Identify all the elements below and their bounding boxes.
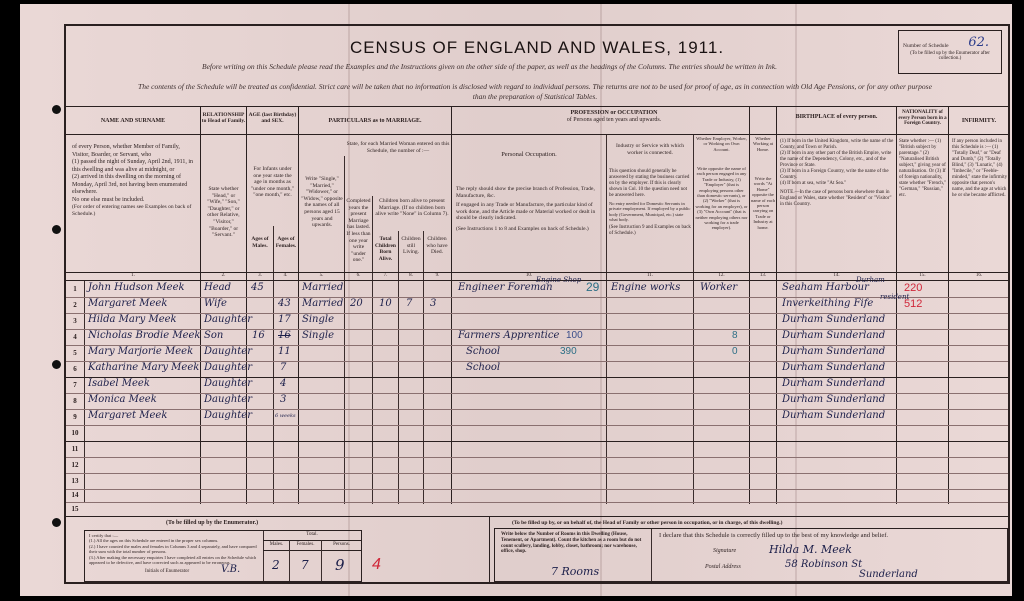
schedule-number: 62. [968, 35, 989, 50]
table-row: 10 [66, 425, 1008, 442]
table-row: 1 John Hudson Meek Head 45 Married Engin… [66, 281, 1008, 298]
instruction-line: Before writing on this Schedule please r… [202, 62, 777, 71]
birthplace-instructions: (1) If born in the United Kingdom, write… [780, 139, 894, 208]
occupation-instructions: The reply should show the precise branch… [456, 186, 602, 233]
table-row: 11 [66, 441, 1008, 458]
rooms-count: 7 Rooms [551, 565, 599, 578]
divider [263, 550, 361, 551]
punch-hole-icon [52, 518, 61, 527]
punch-hole-icon [52, 360, 61, 369]
name-instructions: of every Person, whether Member of Famil… [72, 144, 196, 218]
table-row: 13 [66, 473, 1008, 490]
divider [66, 106, 1008, 107]
table-row: 15 [66, 502, 1008, 517]
schedule-number-box: Number of Schedule 62. (To be filled up … [898, 30, 1002, 74]
header-age: AGE (last Birthday) and SEX. [247, 112, 298, 124]
census-form: CENSUS OF ENGLAND AND WALES, 1911. Befor… [64, 24, 1010, 584]
red-mark: 4 [372, 556, 381, 574]
head-declaration-box: Write below the Number of Rooms in this … [494, 528, 1008, 582]
divider [263, 540, 361, 541]
enumerator-box: I certify that :— (1.) All the ages on t… [84, 530, 362, 582]
punch-hole-icon [52, 105, 61, 114]
divider [66, 516, 1008, 517]
table-row: 7 Isabel Meek Daughter 4 Durham Sunderla… [66, 377, 1008, 394]
table-row: 6 Katharine Mary Meek Daughter 7 School … [66, 361, 1008, 378]
punch-hole-icon [52, 225, 61, 234]
head-heading: (To be filled up by, or on behalf of, th… [512, 520, 782, 526]
table-row: 4 Nicholas Brodie Meek Son 16 16 Single … [66, 329, 1008, 346]
header-birthplace: BIRTHPLACE of every person. [777, 114, 896, 121]
page-title: CENSUS OF ENGLAND AND WALES, 1911. [66, 38, 1008, 58]
header-occupation: PROFESSION or OCCUPATION of Persons aged… [452, 110, 776, 123]
divider [66, 134, 1008, 135]
table-row: 2 Margaret Meek Wife 43 Married 20 10 7 … [66, 297, 1008, 314]
enumerator-heading: (To be filled up by the Enumerator.) [166, 520, 258, 526]
signature: Hilda M. Meek [769, 543, 852, 556]
col-divider [651, 529, 652, 581]
table-row: 3 Hilda Mary Meek Daughter 17 Single Dur… [66, 313, 1008, 330]
household-table: 1 John Hudson Meek Head 45 Married Engin… [66, 281, 1008, 503]
header-infirmity: INFIRMITY. [949, 118, 1009, 125]
total-females: 7 [301, 558, 309, 572]
table-row: 14 [66, 489, 1008, 503]
header-marriage: PARTICULARS as to MARRIAGE. [299, 118, 451, 125]
table-row: 5 Mary Marjorie Meek Daughter 11 School … [66, 345, 1008, 362]
total-persons: 9 [335, 556, 345, 574]
postal-address-line-1: 58 Robinson St [785, 559, 862, 570]
header-nationality: NATIONALITY of every Person born in a Fo… [897, 110, 948, 127]
col-divider [489, 516, 490, 584]
table-row: 9 Margaret Meek Daughter 6 weeks Durham … [66, 409, 1008, 426]
postal-address-line-2: Sunderland [859, 569, 918, 580]
col-divider [263, 531, 264, 581]
header-name: NAME AND SURNAME [66, 118, 200, 125]
confidential-note: The contents of the Schedule will be tre… [70, 82, 1000, 102]
table-row: 12 [66, 457, 1008, 474]
header-relationship: RELATIONSHIP to Head of Family. [201, 112, 246, 124]
enumerator-initials: V.B. [221, 564, 240, 575]
total-males: 2 [272, 558, 280, 572]
table-row: 8 Monica Meek Daughter 3 Durham Sunderla… [66, 393, 1008, 410]
